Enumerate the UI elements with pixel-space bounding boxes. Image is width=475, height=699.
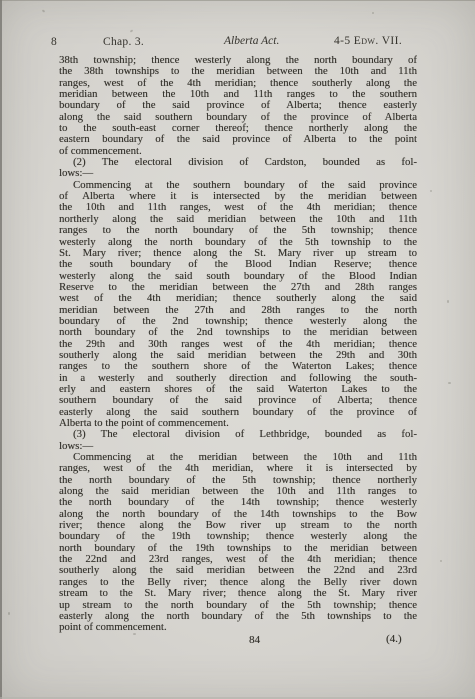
running-header: 8 Chap. 3. Alberta Act. 4-5 Edw. VII. — [0, 0, 475, 55]
text-line: the 29th and 30th ranges west of the 4th… — [59, 339, 417, 350]
text-line: the north boundary of the 5th township; … — [59, 475, 417, 486]
scanned-page: 8 Chap. 3. Alberta Act. 4-5 Edw. VII. 38… — [0, 0, 475, 699]
text-line: lows:— — [59, 441, 417, 452]
text-line: St. Mary river; thence along the St. Mar… — [59, 248, 417, 259]
text-line: river; thence along the Bow river up str… — [59, 520, 417, 531]
footer-signature-mark: (4.) — [386, 633, 402, 645]
text-line: up stream to the north boundary of the 5… — [59, 600, 417, 611]
text-line: Commencing at the southern boundary of t… — [59, 180, 417, 191]
scan-speck — [430, 190, 432, 192]
text-line: meridian between the 10th and 11th range… — [59, 89, 417, 100]
text-line: ranges to the north boundary of the 5th … — [59, 225, 417, 236]
text-line: of commencement. — [59, 146, 417, 157]
header-regnal-year: 4-5 Edw. VII. — [334, 35, 402, 47]
scan-speck — [8, 612, 10, 615]
text-line: the 38th townships to the meridian betwe… — [59, 66, 417, 77]
text-line: of Alberta where it is intersected by th… — [59, 191, 417, 202]
text-line: west of the 4th meridian; thence souther… — [59, 293, 417, 304]
scan-speck — [440, 560, 442, 562]
text-line: boundary of the 2nd township; thence wes… — [59, 316, 417, 327]
text-line: along the north boundary of the 14th tow… — [59, 509, 417, 520]
text-line: westerly along the said south boundary o… — [59, 271, 417, 282]
text-line: the 10th and 11th ranges, west of the 4t… — [59, 202, 417, 213]
text-line: eastern boundary of the said province of… — [59, 134, 417, 145]
text-line: the north boundary of the 14th township;… — [59, 497, 417, 508]
text-line: northerly along the said meridian betwee… — [59, 214, 417, 225]
text-line: easterly along the said southern boundar… — [59, 407, 417, 418]
scan-edge-left — [0, 0, 2, 699]
text-line: ranges to the southern shore of the Wate… — [59, 361, 417, 372]
text-line: point of commencement. — [59, 622, 417, 633]
body-text: 38th township; thence westerly along the… — [59, 55, 417, 634]
text-line: north boundary of the 2nd townships to t… — [59, 327, 417, 338]
text-line: westerly along the north boundary of the… — [59, 237, 417, 248]
text-line: ranges, west of the 4th meridian, where … — [59, 463, 417, 474]
scan-speck — [447, 300, 449, 303]
text-line: Alberta to the point of commencement. — [59, 418, 417, 429]
text-line: the 22nd and 23rd ranges, west of the 4t… — [59, 554, 417, 565]
text-line: southern boundary of the said province o… — [59, 395, 417, 406]
text-line: north boundary of the 19th townships to … — [59, 543, 417, 554]
footer-sheet-number: 84 — [249, 634, 260, 646]
scan-speck — [448, 382, 451, 384]
text-line: easterly along the north boundary of the… — [59, 611, 417, 622]
text-line: stream to the St. Mary river; thence alo… — [59, 588, 417, 599]
text-line: Commencing at the meridian between the 1… — [59, 452, 417, 463]
text-line: lows:— — [59, 168, 417, 179]
text-line: the south boundary of the Blood Indian R… — [59, 259, 417, 270]
text-line: southerly along the said meridian betwee… — [59, 565, 417, 576]
text-line: to the south-east corner thereof; thence… — [59, 123, 417, 134]
header-chapter: Chap. 3. — [103, 36, 144, 48]
text-line: along the said southern boundary of the … — [59, 112, 417, 123]
header-page-number: 8 — [51, 36, 57, 48]
text-line: in a westerly and southerly direction an… — [59, 373, 417, 384]
text-line: erly and eastern shores of the said Wate… — [59, 384, 417, 395]
text-line: ranges, west of the 4th meridian; thence… — [59, 78, 417, 89]
text-line: southerly along the said meridian betwee… — [59, 350, 417, 361]
text-line: along the said meridian between the 10th… — [59, 486, 417, 497]
text-line: (2) The electoral division of Cardston, … — [59, 157, 417, 168]
text-line: meridian between the 27th and 28th range… — [59, 305, 417, 316]
text-line: (3) The electoral division of Lethbridge… — [59, 429, 417, 440]
text-line: boundary of the said province of Alberta… — [59, 100, 417, 111]
header-act-title: Alberta Act. — [224, 35, 279, 47]
text-line: Reserve to the meridian between the 27th… — [59, 282, 417, 293]
text-line: ranges to the Belly river; thence along … — [59, 577, 417, 588]
text-line: 38th township; thence westerly along the… — [59, 55, 417, 66]
text-line: boundary of the 19th township; thence we… — [59, 531, 417, 542]
